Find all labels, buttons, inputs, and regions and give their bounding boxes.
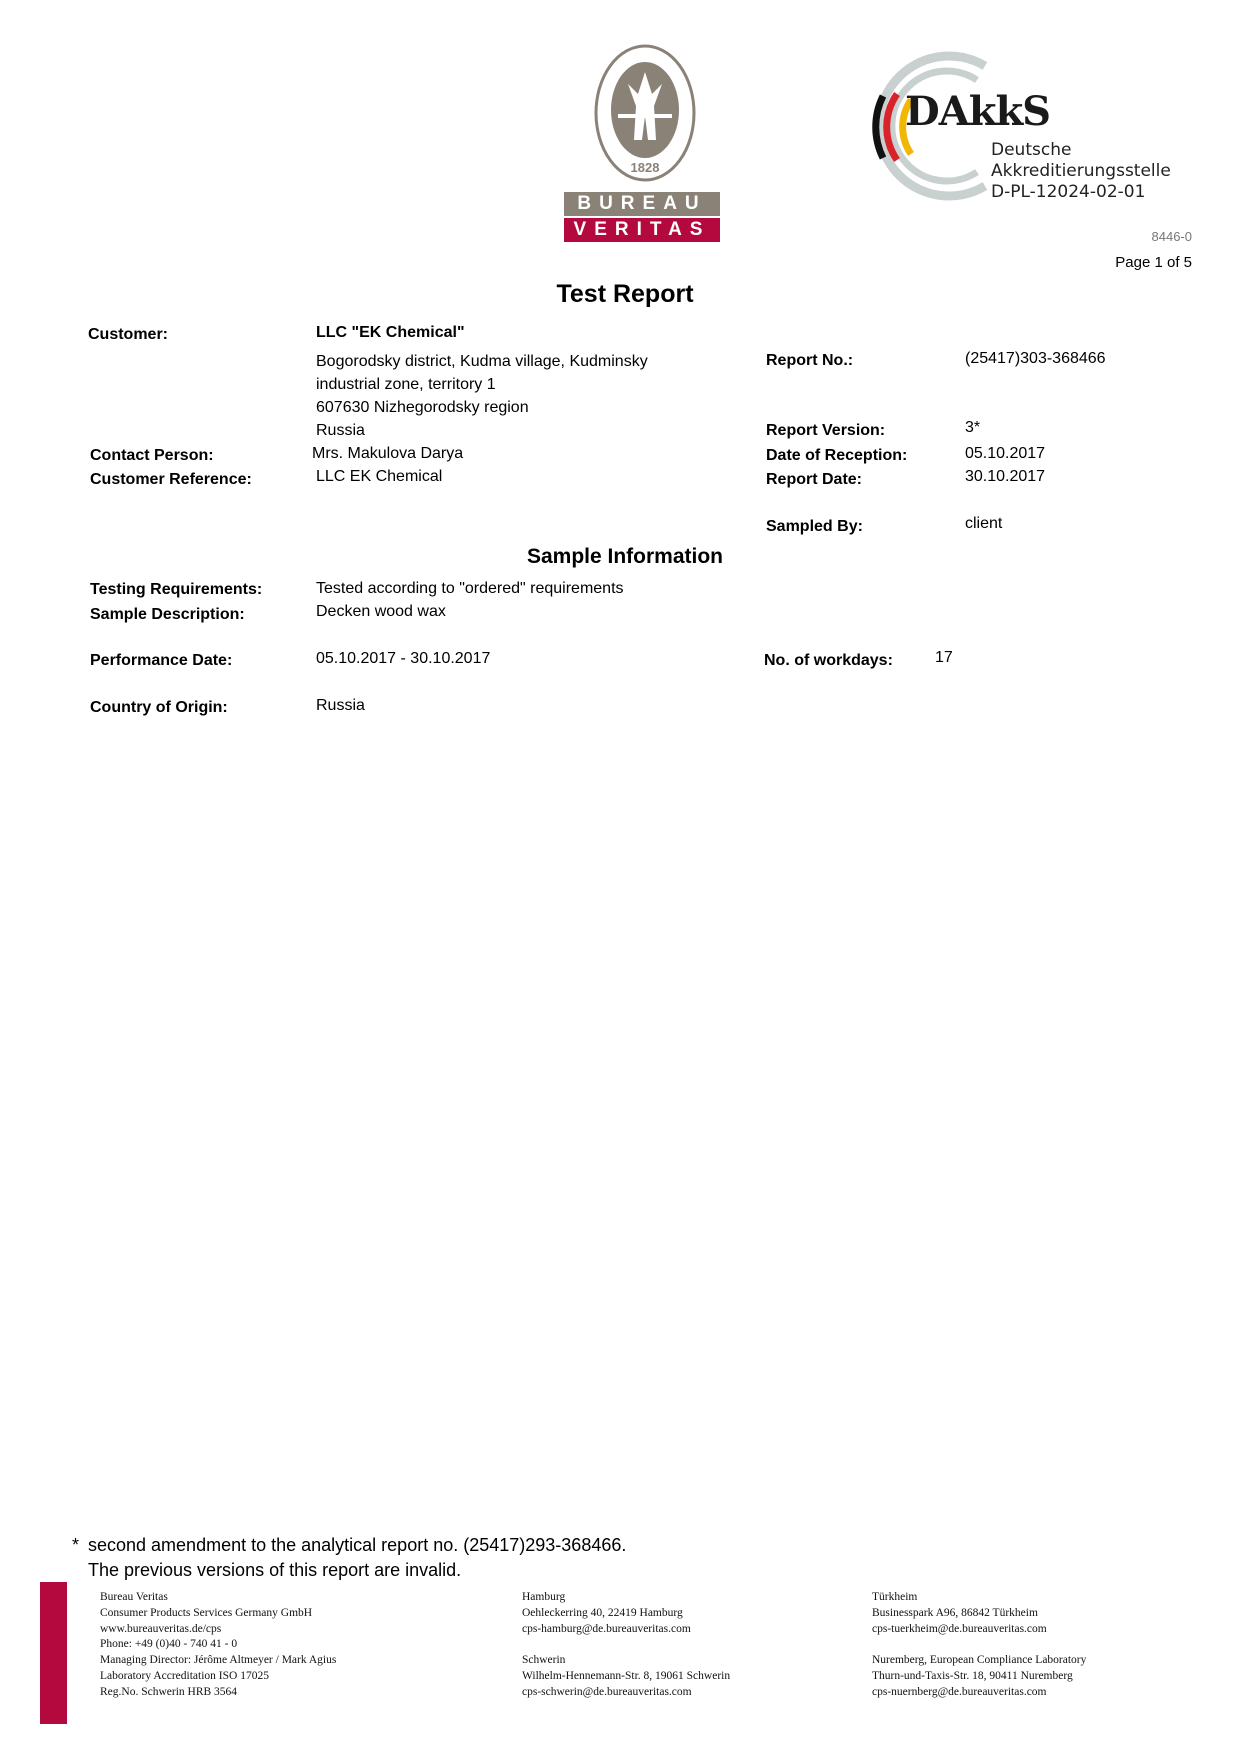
footer-email-link[interactable]: cps-hamburg@de.bureauveritas.com [522,1622,730,1638]
footer-email-link[interactable]: cps-nuernberg@de.bureauveritas.com [872,1685,1086,1701]
date-of-reception-label: Date of Reception: [766,447,907,465]
address-line: Bogorodsky district, Kudma village, Kudm… [316,350,648,373]
bureau-veritas-seal-icon: 1828 [594,44,696,182]
customer-label: Customer: [88,326,168,344]
page-number: Page 1 of 5 [1115,254,1192,271]
footer-line: Laboratory Accreditation ISO 17025 [100,1669,336,1685]
dakks-name: DAkkS [905,88,1050,135]
customer-reference-value: LLC EK Chemical [316,468,442,486]
svg-text:1828: 1828 [631,160,660,175]
contact-person-value: Mrs. Makulova Darya [312,445,463,463]
footer-locations-tuerkheim-nuremberg: Türkheim Businesspark A96, 86842 Türkhei… [872,1590,1086,1701]
customer-name: LLC "EK Chemical" [316,324,465,342]
sample-information-title: Sample Information [5,545,1240,569]
note-line: second amendment to the analytical repor… [72,1533,626,1558]
report-date-value: 30.10.2017 [965,468,1045,486]
report-title: Test Report [5,280,1240,309]
workdays-value: 17 [935,649,953,667]
contact-person-label: Contact Person: [90,447,214,465]
customer-reference-label: Customer Reference: [90,471,252,489]
testing-requirements-value: Tested according to "ordered" requiremen… [316,580,624,598]
dakks-line1: Deutsche [991,140,1071,160]
document-code: 8446-0 [1152,229,1192,244]
sample-description-value: Decken wood wax [316,603,446,621]
report-version-value: 3* [965,419,980,437]
footer-website-link[interactable]: www.bureauveritas.de/cps [100,1622,336,1638]
footer-line: Thurn-und-Taxis-Str. 18, 90411 Nuremberg [872,1669,1086,1685]
footer-line: Hamburg [522,1590,730,1606]
report-version-label: Report Version: [766,422,885,440]
performance-date-label: Performance Date: [90,652,232,670]
footer-phone: Phone: +49 (0)40 - 740 41 - 0 [100,1637,336,1653]
bureau-veritas-logo: 1828 BUREAU VERITAS [564,44,726,244]
footer-line: Managing Director: Jérôme Altmeyer / Mar… [100,1653,336,1669]
footer-line: Businesspark A96, 86842 Türkheim [872,1606,1086,1622]
country-of-origin-value: Russia [316,697,365,715]
workdays-label: No. of workdays: [764,652,893,670]
report-no-value: (25417)303-368466 [965,350,1106,368]
footer-line: Reg.No. Schwerin HRB 3564 [100,1685,336,1701]
footer-line: Wilhelm-Hennemann-Str. 8, 19061 Schwerin [522,1669,730,1685]
address-line: Russia [316,419,648,442]
footer-email-link[interactable]: cps-schwerin@de.bureauveritas.com [522,1685,730,1701]
address-line: industrial zone, territory 1 [316,373,648,396]
footer-company-info: Bureau Veritas Consumer Products Service… [100,1590,336,1701]
footer-email-link[interactable]: cps-tuerkheim@de.bureauveritas.com [872,1622,1086,1638]
address-line: 607630 Nizhegorodsky region [316,396,648,419]
footer-line: Oehleckerring 40, 22419 Hamburg [522,1606,730,1622]
veritas-logo-text: VERITAS [564,218,720,242]
testing-requirements-label: Testing Requirements: [90,581,262,599]
footer-line: Nuremberg, European Compliance Laborator… [872,1653,1086,1669]
footer-brand-bar [40,1582,67,1724]
note-asterisk: * [72,1533,79,1558]
report-date-label: Report Date: [766,471,862,489]
date-of-reception-value: 05.10.2017 [965,445,1045,463]
footer-line: Türkheim [872,1590,1086,1606]
performance-date-value: 05.10.2017 - 30.10.2017 [316,650,490,668]
sampled-by-value: client [965,515,1002,533]
footer-locations-hamburg-schwerin: Hamburg Oehleckerring 40, 22419 Hamburg … [522,1590,730,1701]
customer-address: Bogorodsky district, Kudma village, Kudm… [316,350,648,442]
sampled-by-label: Sampled By: [766,518,863,536]
report-no-label: Report No.: [766,352,853,370]
dakks-line2: Akkreditierungsstelle [991,161,1171,181]
footer-line: Consumer Products Services Germany GmbH [100,1606,336,1622]
sample-description-label: Sample Description: [90,606,245,624]
footer-line: Bureau Veritas [100,1590,336,1606]
bureau-logo-text: BUREAU [564,192,720,216]
dakks-accreditation-number: D-PL-12024-02-01 [991,182,1145,202]
note-line: The previous versions of this report are… [72,1558,626,1583]
amendment-note: * second amendment to the analytical rep… [72,1533,626,1583]
footer-line: Schwerin [522,1653,730,1669]
dakks-logo: DAkkS Deutsche Akkreditierungsstelle D-P… [845,40,1190,220]
country-of-origin-label: Country of Origin: [90,699,228,717]
